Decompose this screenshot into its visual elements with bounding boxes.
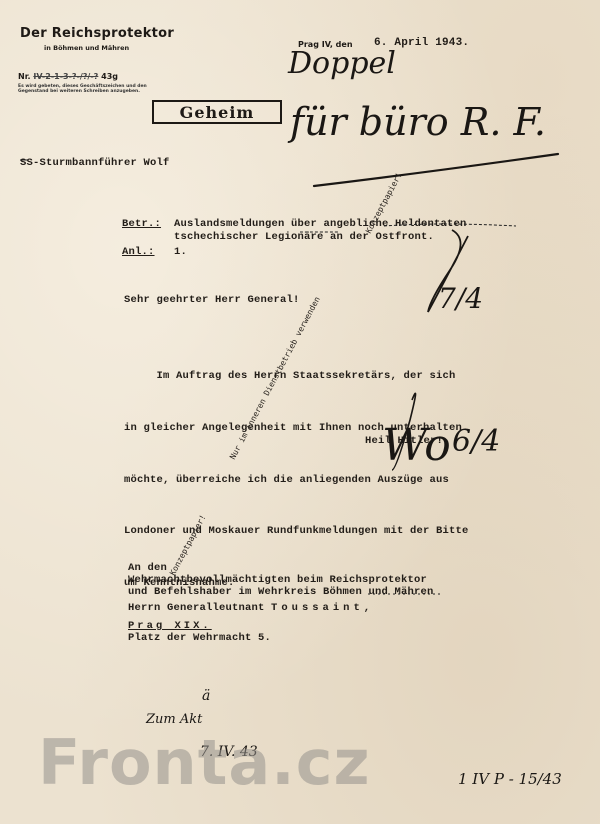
- body-line: Im Auftrag des Herrn Staatssekretärs, de…: [124, 368, 469, 385]
- subject-label: Betr.:: [122, 218, 161, 230]
- enclosure-label: Anl.:: [122, 246, 155, 258]
- body-line: Londoner und Moskauer Rundfunkmeldungen …: [124, 523, 469, 540]
- signature-initials: Wo: [382, 420, 451, 471]
- address-line: und Befehlshaber im Wehrkreis Böhmen und…: [128, 586, 434, 598]
- address-prefix: An den: [128, 562, 434, 574]
- recipient: SS-Sturmbannführer Wolf: [20, 157, 170, 169]
- enclosure-value: 1.: [174, 246, 187, 258]
- address-block: An den Wehrmachtbevollmächtigten beim Re…: [128, 562, 434, 644]
- reference-suffix: 43g: [101, 72, 118, 81]
- handwritten-footer-line1: Zum Akt: [146, 712, 202, 727]
- classification-stamp: Geheim: [152, 100, 282, 124]
- letterhead-subtitle: in Böhmen und Mähren: [44, 44, 129, 52]
- body-line: möchte, überreiche ich die anliegenden A…: [124, 472, 469, 489]
- reference-note: Es wird gebeten, dieses Geschäftszeichen…: [18, 84, 147, 94]
- watermark: Fronta.cz: [38, 726, 371, 799]
- address-name: Toussaint,: [271, 602, 374, 614]
- letterhead-title: Der Reichsprotektor: [20, 26, 174, 41]
- address-line: Wehrmachtbevollmächtigten beim Reichspro…: [128, 574, 434, 586]
- address-line: Herrn Generalleutnant Toussaint,: [128, 602, 434, 614]
- archive-number: 1 IV P - 15/43: [458, 770, 562, 788]
- reference-struck: IV-2-1-3-?-/?/-?: [33, 72, 98, 81]
- address-city: Prag XIX.: [128, 620, 434, 632]
- address-rank: Herrn Generalleutnant: [128, 602, 265, 614]
- salutation: Sehr geehrter Herr General!: [124, 294, 300, 306]
- reference-prefix: Nr.: [18, 72, 31, 81]
- subject-text: Auslandsmeldungen über angebliche Helden…: [174, 218, 467, 244]
- reference-number: Nr. IV-2-1-3-?-/?/-? 43g: [18, 72, 118, 81]
- address-street: Platz der Wehrmacht 5.: [128, 632, 434, 644]
- subject-line: Auslandsmeldungen über angebliche Helden…: [174, 218, 467, 231]
- signature-date: 6/4: [452, 424, 500, 459]
- subject-line: tschechischer Legionäre an der Ostfront.: [174, 231, 467, 244]
- reference-note-line: Gegenstand bei weiteren Schreiben anzuge…: [18, 89, 147, 94]
- handwritten-mark: 7/4: [438, 282, 483, 315]
- handwritten-footer-mark: ä: [202, 688, 210, 704]
- handwritten-buero: für büro R. F.: [290, 100, 546, 144]
- handwritten-doppel: Doppel: [288, 46, 396, 81]
